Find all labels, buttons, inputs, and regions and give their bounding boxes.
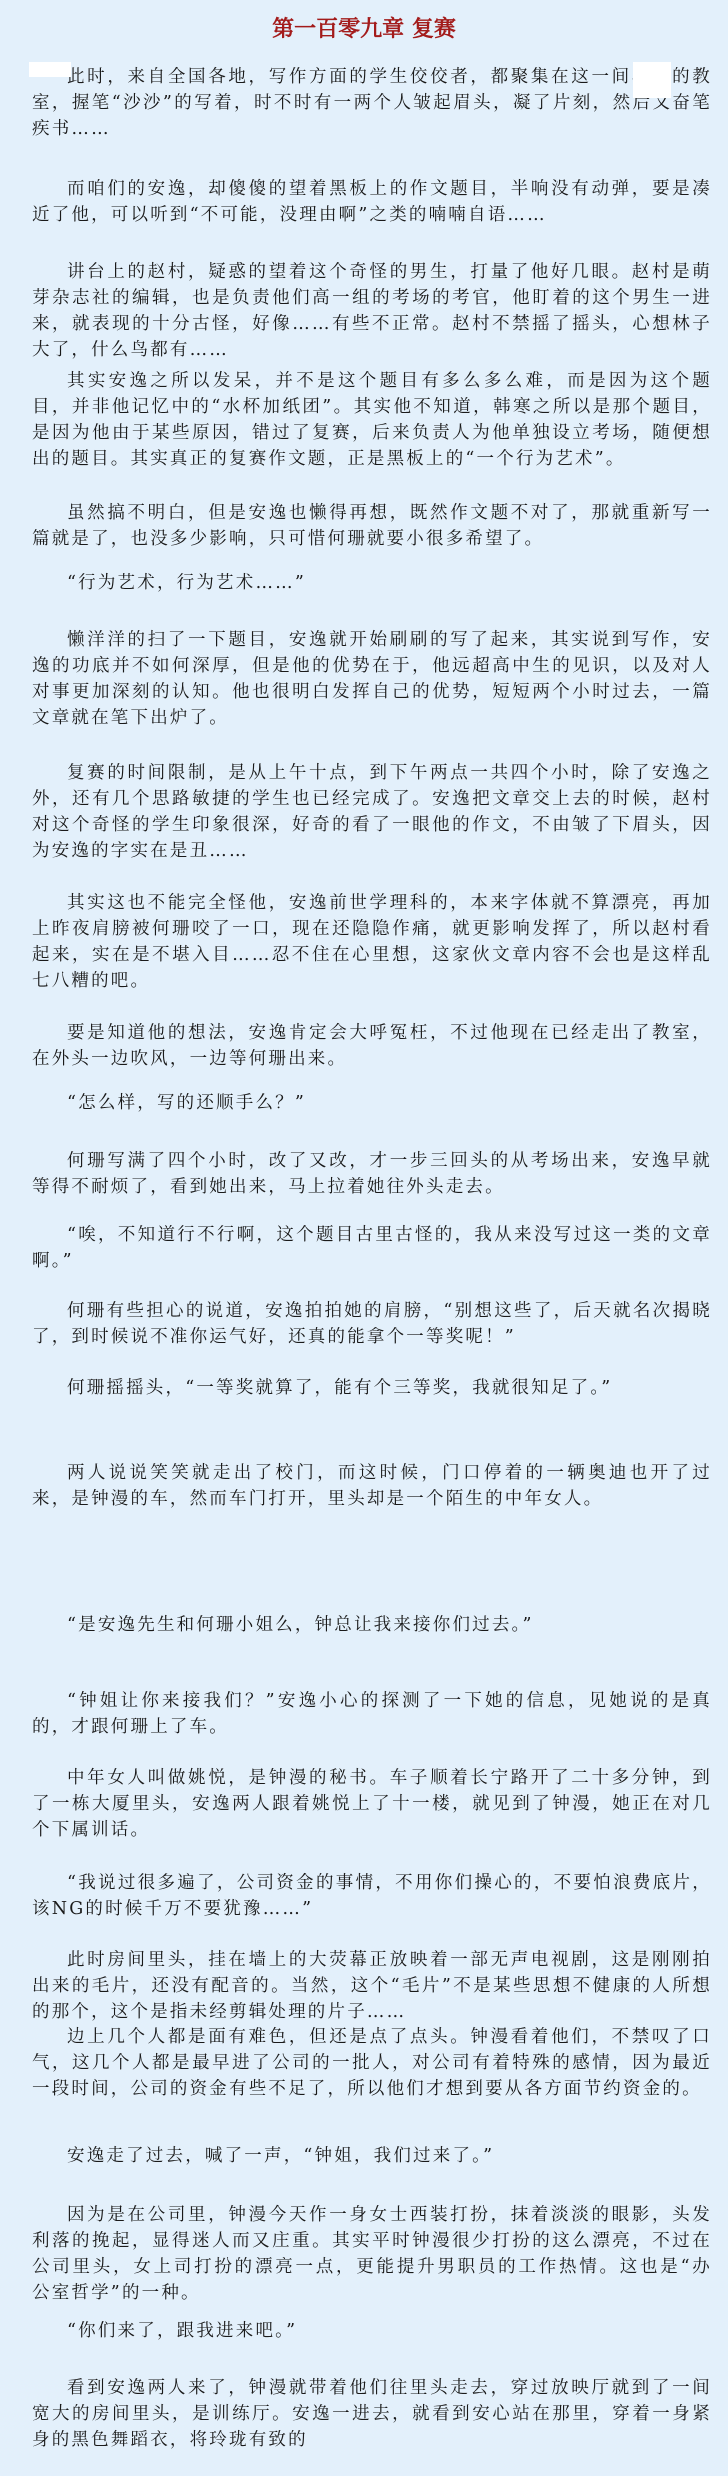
paragraph: 何珊有些担心的说道，安逸拍拍她的肩膀，“别想这些了，后天就名次揭晓了，到时候说不… [32,1298,712,1350]
paragraph: “我说过很多遍了，公司资金的事情，不用你们操心的，不要怕浪费底片，该NG的时候千… [32,1870,712,1922]
paragraph: 两人说说笑笑就走出了校门，而这时候，门口停着的一辆奥迪也开了过来，是钟漫的车，然… [32,1460,712,1512]
paragraph: “你们来了，跟我进来吧。” [32,2318,712,2344]
paragraph: “唉，不知道行不行啊，这个题目古里古怪的，我从来没写过这一类的文章啊。” [32,1222,712,1274]
paragraph: 懒洋洋的扫了一下题目，安逸就开始刷刷的写了起来，其实说到写作，安逸的功底并不如何… [32,627,712,731]
document-page: 第一百零九章 复赛 此时，来自全国各地，写作方面的学生佼佼者，都聚集在这一间小小… [0,0,728,2476]
paragraph: 安逸走了过去，喊了一声，“钟姐，我们过来了。” [32,2143,712,2169]
scan-artifact-patch [29,62,71,77]
paragraph: 其实安逸之所以发呆，并不是这个题目有多么多么难，而是因为这个题目，并非他记忆中的… [32,368,712,472]
paragraph: 此时，来自全国各地，写作方面的学生佼佼者，都聚集在这一间小小的教室，握笔“沙沙”… [32,64,712,142]
paragraph: 而咱们的安逸，却傻傻的望着黑板上的作文题目，半响没有动弹，要是凑近了他，可以听到… [32,176,712,228]
paragraph: “行为艺术，行为艺术……” [32,570,712,596]
paragraph: 何珊写满了四个小时，改了又改，才一步三回头的从考场出来，安逸早就等得不耐烦了，看… [32,1148,712,1200]
paragraph: “怎么样，写的还顺手么？” [32,1090,712,1116]
paragraph: 因为是在公司里，钟漫今天作一身女士西装打扮，抹着淡淡的眼影，头发利落的挽起，显得… [32,2202,712,2306]
paragraph: “是安逸先生和何珊小姐么，钟总让我来接你们过去。” [32,1612,712,1638]
paragraph: 中年女人叫做姚悦，是钟漫的秘书。车子顺着长宁路开了二十多分钟，到了一栋大厦里头，… [32,1765,712,1843]
paragraph: 虽然搞不明白，但是安逸也懒得再想，既然作文题不对了，那就重新写一篇就是了，也没多… [32,500,712,552]
chapter-title: 第一百零九章 复赛 [0,12,728,43]
paragraph: 何珊摇摇头，“一等奖就算了，能有个三等奖，我就很知足了。” [32,1375,712,1401]
paragraph: “钟姐让你来接我们？”安逸小心的探测了一下她的信息，见她说的是真的，才跟何珊上了… [32,1688,712,1740]
paragraph: 要是知道他的想法，安逸肯定会大呼冤枉，不过他现在已经走出了教室，在外头一边吹风，… [32,1020,712,1072]
paragraph: 看到安逸两人来了，钟漫就带着他们往里头走去，穿过放映厅就到了一间宽大的房间里头，… [32,2375,712,2453]
paragraph: 此时房间里头，挂在墙上的大荧幕正放映着一部无声电视剧，这是刚刚拍出来的毛片，还没… [32,1947,712,2025]
scan-artifact-patch [633,62,671,98]
paragraph: 讲台上的赵村，疑惑的望着这个奇怪的男生，打量了他好几眼。赵村是萌芽杂志社的编辑，… [32,259,712,363]
paragraph: 边上几个人都是面有难色，但还是点了点头。钟漫看着他们，不禁叹了口气，这几个人都是… [32,2024,712,2102]
paragraph: 其实这也不能完全怪他，安逸前世学理科的，本来字体就不算漂亮，再加上昨夜肩膀被何珊… [32,890,712,994]
paragraph: 复赛的时间限制，是从上午十点，到下午两点一共四个小时，除了安逸之外，还有几个思路… [32,760,712,864]
